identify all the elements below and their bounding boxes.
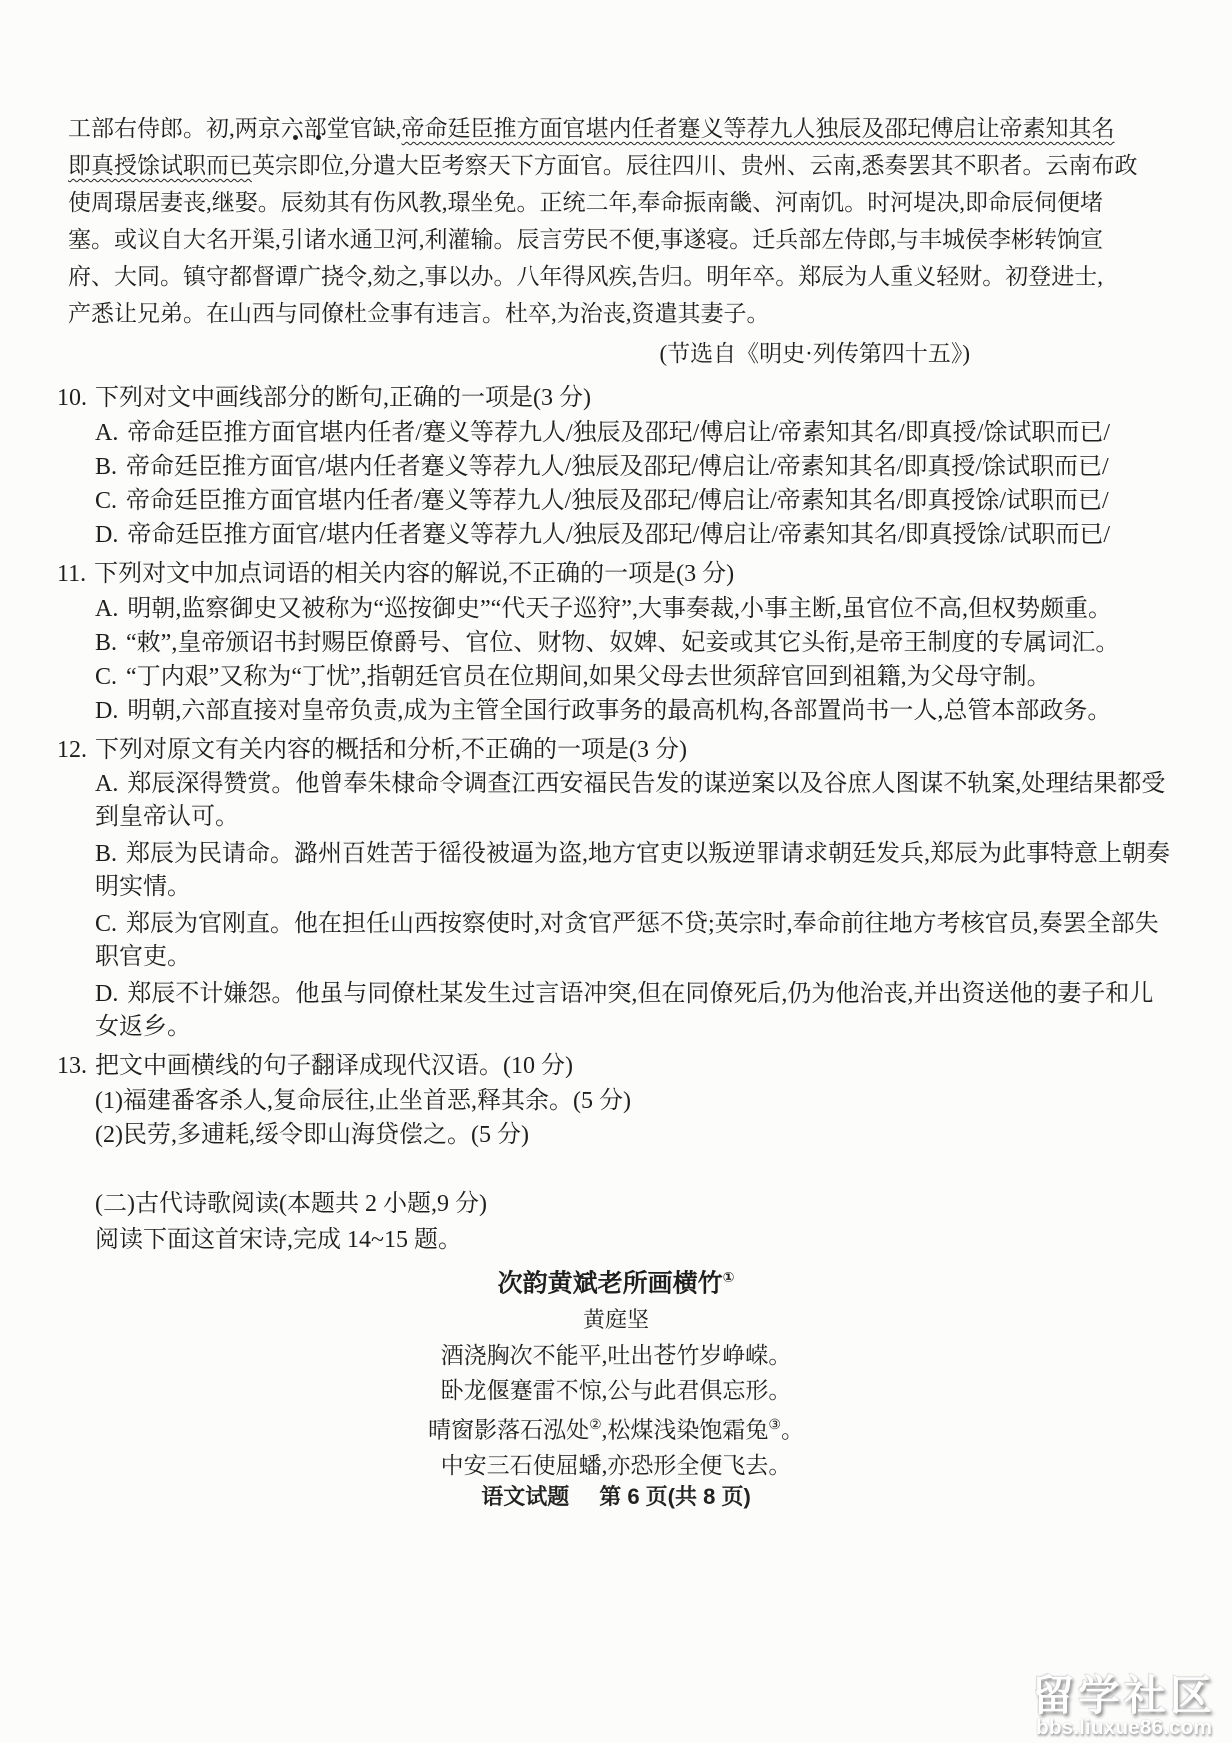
exam-page: 工部右侍郎。初,两京六部堂官缺,帝命廷臣推方面官堪内任者蹇义等荐九人独辰及邵玘傅…: [0, 0, 1232, 1743]
poem-title-text: 次韵黄斌老所画横竹: [498, 1269, 723, 1297]
passage-text: 堂官缺,: [327, 116, 402, 141]
option-label: A.: [95, 771, 118, 797]
option-row: B.郑辰为民请命。潞州百姓苦于徭役被逼为盗,地方官吏以叛逆罪请求朝廷发兵,郑辰为…: [57, 838, 1175, 904]
passage-text: 工部右侍郎。初,两京: [68, 116, 281, 141]
poem-line: 卧龙偃蹇雷不惊,公与此君俱忘形。: [57, 1373, 1175, 1408]
question-stem-text: 下列对文中画线部分的断句,正确的一项是(3 分): [95, 385, 591, 411]
wavy-underlined-text: 帝命廷臣推方面官堪内任者蹇义等荐九人独辰及邵玘傅启让帝素知其名: [402, 116, 1115, 141]
option-row: B.帝命廷臣推方面官/堪内任者蹇义等荐九人/独辰及邵玘/傅启让/帝素知其名/即真…: [57, 450, 1175, 484]
option-label: B.: [95, 630, 117, 656]
watermark-title: 留学社区: [1032, 1673, 1216, 1719]
option-row: D.帝命廷臣推方面官/堪内任者蹇义等荐九人/独辰及邵玘/傅启让/帝素知其名/即真…: [57, 518, 1175, 552]
passage: 工部右侍郎。初,两京六部堂官缺,帝命廷臣推方面官堪内任者蹇义等荐九人独辰及邵玘傅…: [57, 110, 1175, 332]
passage-line: 府、大同。镇守都督谭广挠令,劾之,事以办。八年得风疾,告归。明年卒。郑辰为人重义…: [68, 258, 1175, 295]
passage-line: 塞。或议自大名开渠,引诸水通卫河,利灌输。辰言劳民不便,事遂寝。迁兵部左侍郎,与…: [68, 221, 1175, 258]
translation-item: (1)福建番客杀人,复命辰往,止坐首恶,释其余。(5 分): [57, 1084, 1175, 1118]
option-row: C.帝命廷臣推方面官堪内任者/蹇义等荐九人/独辰及邵玘/傅启让/帝素知其名/即真…: [57, 484, 1175, 518]
option-text: 明朝,监察御史又被称为“巡按御史”“代天子巡狩”,大事奏裁,小事主断,虽官位不高…: [127, 596, 1112, 622]
option-text: 明朝,六部直接对皇帝负责,成为主管全国行政事务的最高机构,各部置尚书一人,总管本…: [127, 698, 1111, 724]
option-text: “敕”,皇帝颁诏书封赐臣僚爵号、官位、财物、奴婢、妃妾或其它头衔,是帝王制度的专…: [126, 630, 1119, 656]
question-number: 12.: [57, 737, 87, 763]
question-stem-text: 把文中画横线的句子翻译成现代汉语。(10 分): [95, 1053, 573, 1079]
poem-line-text: ,松煤浅染饱霜兔: [602, 1418, 769, 1443]
poem-line: 中安三石使屈蟠,亦恐形全便飞去。: [57, 1448, 1175, 1483]
option-label: C.: [95, 664, 117, 690]
passage-line: 产悉让兄弟。在山西与同僚杜佥事有违言。杜卒,为治丧,资遣其妻子。: [68, 295, 1175, 332]
section-heading: (二)古代诗歌阅读(本题共 2 小题,9 分): [57, 1186, 1175, 1222]
question-stem-text: 下列对文中加点词语的相关内容的解说,不正确的一项是(3 分): [94, 561, 734, 587]
option-text: 郑辰不计嫌怨。他虽与同僚杜某发生过言语冲突,但在同僚死后,仍为他治丧,并出资送他…: [95, 981, 1153, 1040]
footnote-marker: ①: [723, 1269, 735, 1285]
question-number: 13.: [57, 1053, 87, 1079]
option-row: A.明朝,监察御史又被称为“巡按御史”“代天子巡狩”,大事奏裁,小事主断,虽官位…: [57, 592, 1175, 626]
option-row: B.“敕”,皇帝颁诏书封赐臣僚爵号、官位、财物、奴婢、妃妾或其它头衔,是帝王制度…: [57, 626, 1175, 660]
watermark: 留学社区 bbs.liuxue86.com: [1032, 1673, 1216, 1739]
option-text: “丁内艰”又称为“丁忧”,指朝廷官员在位期间,如果父母去世须辞官回到祖籍,为父母…: [126, 664, 1051, 690]
reading-instruction: 阅读下面这首宋诗,完成 14~15 题。: [57, 1222, 1175, 1258]
option-label: D.: [95, 522, 118, 548]
passage-line: 工部右侍郎。初,两京六部堂官缺,帝命廷臣推方面官堪内任者蹇义等荐九人独辰及邵玘傅…: [68, 110, 1175, 147]
option-text: 帝命廷臣推方面官/堪内任者蹇义等荐九人/独辰及邵玘/傅启让/帝素知其名/即真授/…: [126, 454, 1109, 480]
poem-line: 晴窗影落石泓处②,松煤浅染饱霜兔③。: [57, 1408, 1175, 1448]
option-label: C.: [95, 488, 117, 514]
page-footer: 语文试题第 6 页(共 8 页): [0, 1480, 1232, 1511]
question-number: 10.: [57, 385, 87, 411]
question-10: 10.下列对文中画线部分的断句,正确的一项是(3 分) A.帝命廷臣推方面官堪内…: [57, 380, 1175, 552]
option-label: D.: [95, 698, 118, 724]
question-stem: 12.下列对原文有关内容的概括和分析,不正确的一项是(3 分): [57, 732, 1175, 768]
option-text: 郑辰深得赞赏。他曾奉朱棣命令调查江西安福民告发的谋逆案以及谷庶人图谋不轨案,处理…: [95, 771, 1165, 830]
doc-title: 语文试题: [481, 1484, 569, 1509]
page-number: 第 6 页(共 8 页): [599, 1484, 751, 1509]
poem-line-text: 。: [781, 1418, 804, 1443]
question-stem: 11.下列对文中加点词语的相关内容的解说,不正确的一项是(3 分): [57, 556, 1175, 592]
option-text: 帝命廷臣推方面官堪内任者/蹇义等荐九人/独辰及邵玘/傅启让/帝素知其名/即真授/…: [127, 420, 1110, 446]
question-12: 12.下列对原文有关内容的概括和分析,不正确的一项是(3 分) A.郑辰深得赞赏…: [57, 732, 1175, 1044]
question-number: 11.: [57, 561, 86, 587]
option-text: 帝命廷臣推方面官堪内任者/蹇义等荐九人/独辰及邵玘/傅启让/帝素知其名/即真授馀…: [126, 488, 1109, 514]
option-text: 郑辰为官刚直。他在担任山西按察使时,对贪官严惩不贷;英宗时,奉命前往地方考核官员…: [95, 911, 1159, 970]
option-text: 郑辰为民请命。潞州百姓苦于徭役被逼为盗,地方官吏以叛逆罪请求朝廷发兵,郑辰为此事…: [95, 841, 1170, 900]
option-label: B.: [95, 454, 117, 480]
translation-item: (2)民劳,多逋耗,绥令即山海贷偿之。(5 分): [57, 1118, 1175, 1152]
option-row: A.帝命廷臣推方面官堪内任者/蹇义等荐九人/独辰及邵玘/傅启让/帝素知其名/即真…: [57, 416, 1175, 450]
question-stem: 10.下列对文中画线部分的断句,正确的一项是(3 分): [57, 380, 1175, 416]
question-11: 11.下列对文中加点词语的相关内容的解说,不正确的一项是(3 分) A.明朝,监…: [57, 556, 1175, 728]
option-row: A.郑辰深得赞赏。他曾奉朱棣命令调查江西安福民告发的谋逆案以及谷庶人图谋不轨案,…: [57, 768, 1175, 834]
option-label: D.: [95, 981, 118, 1007]
passage-source: (节选自《明史·列传第四十五》): [57, 336, 1175, 372]
option-row: C.郑辰为官刚直。他在担任山西按察使时,对贪官严惩不贷;英宗时,奉命前往地方考核…: [57, 908, 1175, 974]
passage-line: 即真授馀试职而已英宗即位,分遣大臣考察天下方面官。辰往四川、贵州、云南,悉奏罢其…: [68, 147, 1175, 184]
question-stem-text: 下列对原文有关内容的概括和分析,不正确的一项是(3 分): [95, 737, 687, 763]
footnote-marker: ③: [768, 1418, 781, 1433]
option-label: A.: [95, 596, 118, 622]
page-content: 工部右侍郎。初,两京六部堂官缺,帝命廷臣推方面官堪内任者蹇义等荐九人独辰及邵玘傅…: [57, 110, 1175, 1483]
option-text: 帝命廷臣推方面官/堪内任者蹇义等荐九人/独辰及邵玘/傅启让/帝素知其名/即真授馀…: [127, 522, 1110, 548]
footnote-marker: ②: [589, 1418, 602, 1433]
passage-line: 使周璟居妻丧,继娶。辰劾其有伤风教,璟坐免。正统二年,奉命振南畿、河南饥。时河堤…: [68, 184, 1175, 221]
question-13: 13.把文中画横线的句子翻译成现代汉语。(10 分) (1)福建番客杀人,复命辰…: [57, 1048, 1175, 1152]
option-label: C.: [95, 911, 117, 937]
poetry-section: (二)古代诗歌阅读(本题共 2 小题,9 分) 阅读下面这首宋诗,完成 14~1…: [57, 1186, 1175, 1483]
option-label: A.: [95, 420, 118, 446]
poem-author: 黄庭坚: [57, 1302, 1175, 1338]
option-row: C.“丁内艰”又称为“丁忧”,指朝廷官员在位期间,如果父母去世须辞官回到祖籍,为…: [57, 660, 1175, 694]
poem-line-text: 晴窗影落石泓处: [428, 1418, 589, 1443]
poem-title: 次韵黄斌老所画横竹①: [57, 1258, 1175, 1302]
dotted-term: 六部: [281, 116, 327, 141]
option-row: D.郑辰不计嫌怨。他虽与同僚杜某发生过言语冲突,但在同僚死后,仍为他治丧,并出资…: [57, 978, 1175, 1044]
passage-text: 英宗即位,分遣大臣考察天下方面官。辰往四川、贵州、云南,悉奏罢其不职者。云南布政: [252, 153, 1138, 178]
poem-line: 酒浇胸次不能平,吐出苍竹岁峥嵘。: [57, 1338, 1175, 1373]
question-stem: 13.把文中画横线的句子翻译成现代汉语。(10 分): [57, 1048, 1175, 1084]
watermark-url: bbs.liuxue86.com: [1032, 1717, 1216, 1739]
option-label: B.: [95, 841, 117, 867]
option-row: D.明朝,六部直接对皇帝负责,成为主管全国行政事务的最高机构,各部置尚书一人,总…: [57, 694, 1175, 728]
wavy-underlined-text: 即真授馀试职而已: [68, 153, 252, 178]
poem: 次韵黄斌老所画横竹① 黄庭坚 酒浇胸次不能平,吐出苍竹岁峥嵘。 卧龙偃蹇雷不惊,…: [57, 1258, 1175, 1483]
